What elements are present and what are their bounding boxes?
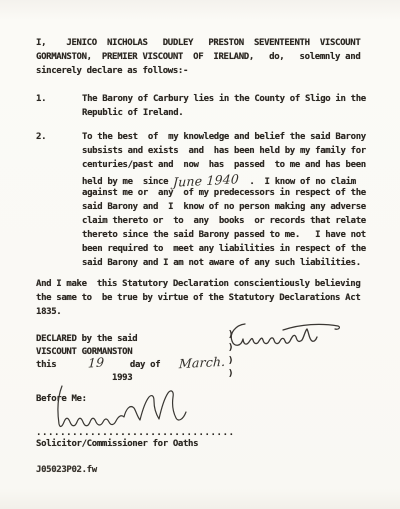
clause-2-line: claim thereto or to any books or records…	[82, 214, 366, 228]
scanned-document-page: I, JENICO NICHOLAS DUDLEY PRESTON SEVENT…	[0, 0, 400, 509]
closing-line: And I make this Statutory Declaration co…	[36, 277, 360, 291]
clause-1: 1. The Barony of Carbury lies in the Cou…	[36, 92, 366, 120]
clause-2-line: thereto since the said Barony passed to …	[82, 228, 366, 242]
clause-2-line: been required to meet any liabilities in…	[82, 242, 366, 256]
closing-paragraph: And I make this Statutory Declaration co…	[36, 277, 360, 319]
bracket-paren: )	[228, 368, 233, 381]
clause-2-line: subsists and exists and has been held by…	[82, 144, 366, 158]
clause-2-body: To the best of my knowledge and belief t…	[82, 130, 366, 270]
attestation-row: 1993 )	[36, 368, 276, 381]
declarant-signature	[225, 315, 347, 359]
clause-1-body: The Barony of Carbury lies in the County…	[82, 92, 366, 120]
intro-line: sincerely declare as follows:-	[36, 64, 360, 78]
clause-1-line: Republic of Ireland.	[82, 106, 366, 120]
clause-2-line: To the best of my knowledge and belief t…	[82, 130, 366, 144]
clause-1-line: The Barony of Carbury lies in the County…	[82, 92, 366, 106]
clause-1-number: 1.	[36, 92, 82, 120]
clause-2-line: against me or any of my predecessors in …	[82, 186, 366, 200]
intro-paragraph: I, JENICO NICHOLAS DUDLEY PRESTON SEVENT…	[36, 36, 360, 78]
clause-2-line: said Barony and I know of no person maki…	[82, 200, 366, 214]
clause-2: 2. To the best of my knowledge and belie…	[36, 130, 366, 270]
clause-2-line-with-handwritten-date: held by me since June 1940 . I know of n…	[82, 172, 366, 186]
clause-2-line: said Barony and I am not aware of any su…	[82, 256, 366, 270]
clause-2-line: centuries/past and now has passed to me …	[82, 158, 366, 172]
footer-reference-code: J05023P02.fw	[36, 463, 97, 477]
clause-2-number: 2.	[36, 130, 82, 270]
closing-line: the same to be true by virtue of the Sta…	[36, 291, 360, 305]
intro-line: I, JENICO NICHOLAS DUDLEY PRESTON SEVENT…	[36, 36, 360, 50]
solicitor-title: Solicitor/Commissioner for Oaths	[36, 437, 198, 451]
intro-line: GORMANSTON, PREMIER VISCOUNT OF IRELAND,…	[36, 50, 360, 64]
